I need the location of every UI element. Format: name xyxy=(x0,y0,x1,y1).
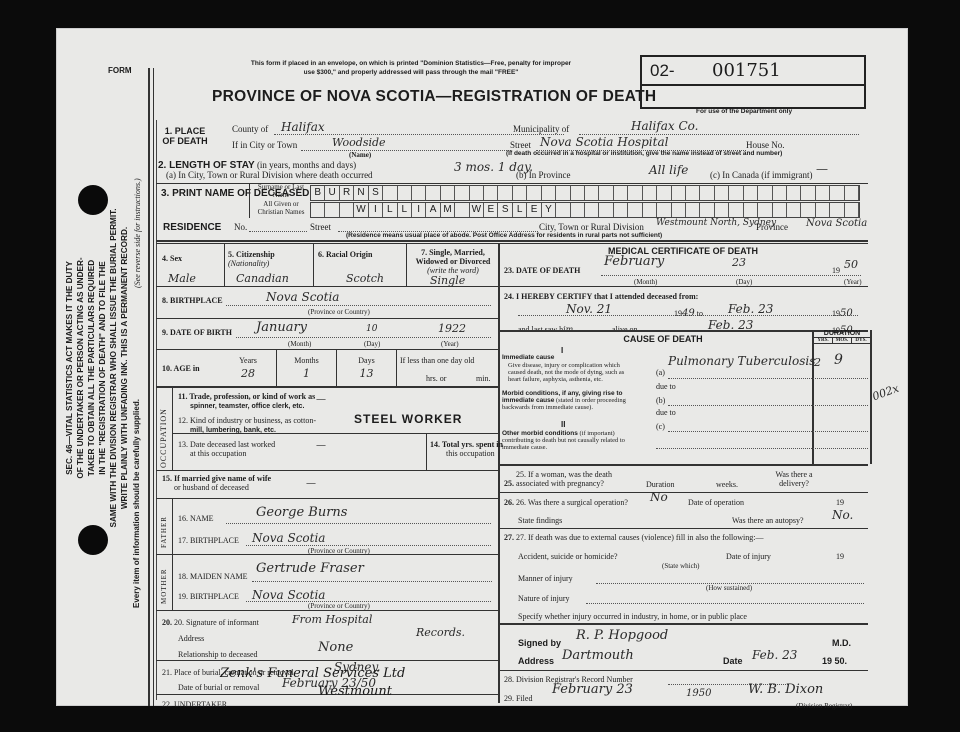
attended-from-value: Nov. 21 xyxy=(566,302,612,316)
form-label: FORM xyxy=(108,66,132,75)
father-name-value: George Burns xyxy=(256,505,347,520)
duration-box: DURATION YRS.MOS.DYS. 9 xyxy=(812,330,872,464)
registration-box: 02- 001751 xyxy=(640,55,866,109)
death-month-value: February xyxy=(604,254,664,269)
margin-annotation: 002x xyxy=(871,382,901,404)
place-of-death-label: 1. PLACE OF DEATH xyxy=(159,126,211,146)
given-names-cells[interactable]: WILLIAMWESLEY xyxy=(310,202,860,218)
birthplace-value: Nova Scotia xyxy=(266,290,339,304)
statute-notice: SEC. 46—VITAL STATISTICS ACT MAKES IT TH… xyxy=(64,128,130,608)
surname-cells[interactable]: BURNS xyxy=(310,185,860,201)
physician-signature: R. P. Hopgood xyxy=(576,628,668,643)
age-years-value: 28 xyxy=(220,367,276,380)
envelope-note: This form if placed in an envelope, on w… xyxy=(226,59,596,77)
county-value: Halifax xyxy=(281,120,325,134)
residence-province-value: Nova Scotia xyxy=(806,218,867,229)
father-birthplace-value: Nova Scotia xyxy=(252,531,325,545)
death-certificate: FORM This form if placed in an envelope,… xyxy=(56,28,908,706)
city-value: Woodside xyxy=(332,136,386,149)
medical-heading: MEDICAL CERTIFICATE OF DEATH xyxy=(498,246,868,256)
relationship-value: None xyxy=(318,640,353,655)
registration-prefix: 02- xyxy=(650,61,675,81)
age-months-value: 1 xyxy=(277,367,336,380)
margin-rule xyxy=(148,68,150,706)
registrar-signature: W. B. Dixon xyxy=(748,682,823,697)
supply-note: Every item of information should be care… xyxy=(132,399,141,608)
citizenship-value: Canadian xyxy=(236,272,289,285)
stay-province-value: All life xyxy=(649,163,688,177)
dob-year-value: 1922 xyxy=(438,322,466,335)
physician-address: Dartmouth xyxy=(562,648,634,663)
attended-to-value: Feb. 23 xyxy=(728,302,773,316)
duration-years-value: 2 xyxy=(814,356,821,369)
sex-value: Male xyxy=(168,272,196,285)
dob-day-value: 10 xyxy=(366,324,377,334)
duration-months-value: 9 xyxy=(834,352,843,368)
margin-rule-inner xyxy=(153,68,154,706)
page-title: PROVINCE OF NOVA SCOTIA—REGISTRATION OF … xyxy=(212,88,656,106)
immediate-cause-value: Pulmonary Tuberculosis xyxy=(668,354,815,368)
filed-year-value: 1950 xyxy=(686,688,711,699)
registration-number: 001751 xyxy=(712,60,781,81)
industry-value: STEEL WORKER xyxy=(354,412,462,426)
death-day-value: 23 xyxy=(732,256,746,269)
informant-address: Records. xyxy=(416,626,465,639)
street-value: Nova Scotia Hospital xyxy=(540,135,668,149)
reverse-note: (See reverse side for instructions.) xyxy=(133,178,142,288)
undertaker-address: Westmount xyxy=(318,684,392,699)
mother-name-value: Gertrude Fraser xyxy=(256,561,364,576)
department-note: For use of the Department only xyxy=(696,108,792,115)
death-year-value: 50 xyxy=(844,258,858,271)
informant-signature: From Hospital xyxy=(292,613,372,626)
age-days-value: 13 xyxy=(337,367,396,380)
dob-month-value: January xyxy=(256,320,307,335)
municipality-value: Halifax Co. xyxy=(631,119,698,133)
mother-birthplace-value: Nova Scotia xyxy=(252,588,325,602)
autopsy-value: No. xyxy=(832,508,853,522)
operation-value: No xyxy=(650,490,668,504)
racial-origin-value: Scotch xyxy=(346,272,384,285)
undertaker-value: Zenk's Funeral Services Ltd xyxy=(220,666,405,681)
signed-date-value: Feb. 23 xyxy=(752,648,797,662)
filed-date-value: February 23 xyxy=(552,682,633,697)
